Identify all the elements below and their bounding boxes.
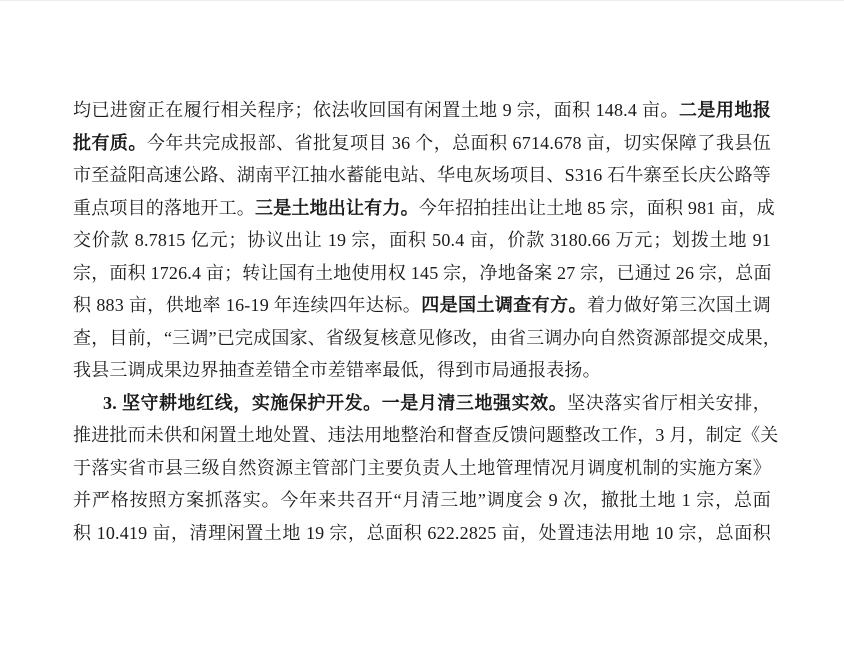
text-run: 并严格按照方案抓落实。今年来共召开“月清三地”调度会 9 次，撤批土地 1 宗，… [73,490,771,510]
text-run: 今年招拍挂出让土地 85 宗，面积 981 亩，成 [419,198,775,218]
text-run: 宗，面积 1726.4 亩；转让国有土地使用权 145 宗，净地备案 27 宗，… [73,263,772,283]
text-line: 并严格按照方案抓落实。今年来共召开“月清三地”调度会 9 次，撤批土地 1 宗，… [73,484,771,517]
text-line: 重点项目的落地开工。三是土地出让有力。今年招拍挂出让土地 85 宗，面积 981… [73,192,771,225]
bold-text-run: 二是用地报 [679,100,771,120]
text-run: 均已进窗正在履行相关程序；依法收回国有闲置土地 9 宗，面积 148.4 亩。 [73,100,679,120]
text-line: 市至益阳高速公路、湖南平江抽水蓄能电站、华电灰场项目、S316 石牛寨至长庆公路… [73,159,771,192]
bold-text-run: 批有质。 [73,133,147,153]
text-run: 市至益阳高速公路、湖南平江抽水蓄能电站、华电灰场项目、S316 石牛寨至长庆公路… [73,165,771,185]
text-run: 查，目前，“三调”已完成国家、省级复核意见修改，由省三调办向自然资源部提交成果， [73,328,781,348]
text-line: 推进批而未供和闲置土地处置、违法用地整治和督查反馈问题整改工作，3 月，制定《关 [73,419,771,452]
page-top-edge [0,0,844,1]
text-run: 着力做好第三次国土调 [587,295,771,315]
document-body: 均已进窗正在履行相关程序；依法收回国有闲置土地 9 宗，面积 148.4 亩。二… [73,94,771,549]
text-line: 我县三调成果边界抽查差错全市差错率最低，得到市局通报表扬。 [73,354,771,387]
text-line: 积 883 亩，供地率 16-19 年连续四年达标。四是国土调查有方。着力做好第… [73,289,771,322]
text-run: 积 10.419 亩，清理闲置土地 19 宗，总面积 622.2825 亩，处置… [73,523,771,543]
text-run: 重点项目的落地开工。 [73,198,255,218]
text-line: 积 10.419 亩，清理闲置土地 19 宗，总面积 622.2825 亩，处置… [73,517,771,550]
text-line: 查，目前，“三调”已完成国家、省级复核意见修改，由省三调办向自然资源部提交成果， [73,322,771,355]
bold-text-run: 3. 坚守耕地红线，实施保护开发。一是月清三地强实效。 [103,393,567,413]
text-line: 均已进窗正在履行相关程序；依法收回国有闲置土地 9 宗，面积 148.4 亩。二… [73,94,771,127]
text-line: 于落实省市县三级自然资源主管部门主要负责人土地管理情况月调度机制的实施方案》 [73,452,771,485]
text-run: 交价款 8.7815 亿元；协议出让 19 宗，面积 50.4 亩，价款 318… [73,230,771,250]
text-run: 于落实省市县三级自然资源主管部门主要负责人土地管理情况月调度机制的实施方案》 [73,458,771,478]
text-run: 今年共完成报部、省批复项目 36 个，总面积 6714.678 亩，切实保障了我… [147,133,771,153]
bold-text-run: 三是土地出让有力。 [255,198,419,218]
text-line: 宗，面积 1726.4 亩；转让国有土地使用权 145 宗，净地备案 27 宗，… [73,257,771,290]
text-run: 坚决落实省厅相关安排， [567,393,771,413]
text-run: 积 883 亩，供地率 16-19 年连续四年达标。 [73,295,421,315]
text-run: 我县三调成果边界抽查差错全市差错率最低，得到市局通报表扬。 [73,360,601,380]
text-line: 3. 坚守耕地红线，实施保护开发。一是月清三地强实效。坚决落实省厅相关安排， [73,387,771,420]
text-line: 交价款 8.7815 亿元；协议出让 19 宗，面积 50.4 亩，价款 318… [73,224,771,257]
bold-text-run: 四是国土调查有方。 [421,295,587,315]
text-line: 批有质。今年共完成报部、省批复项目 36 个，总面积 6714.678 亩，切实… [73,127,771,160]
text-run: 推进批而未供和闲置土地处置、违法用地整治和督查反馈问题整改工作，3 月，制定《关 [73,425,779,445]
